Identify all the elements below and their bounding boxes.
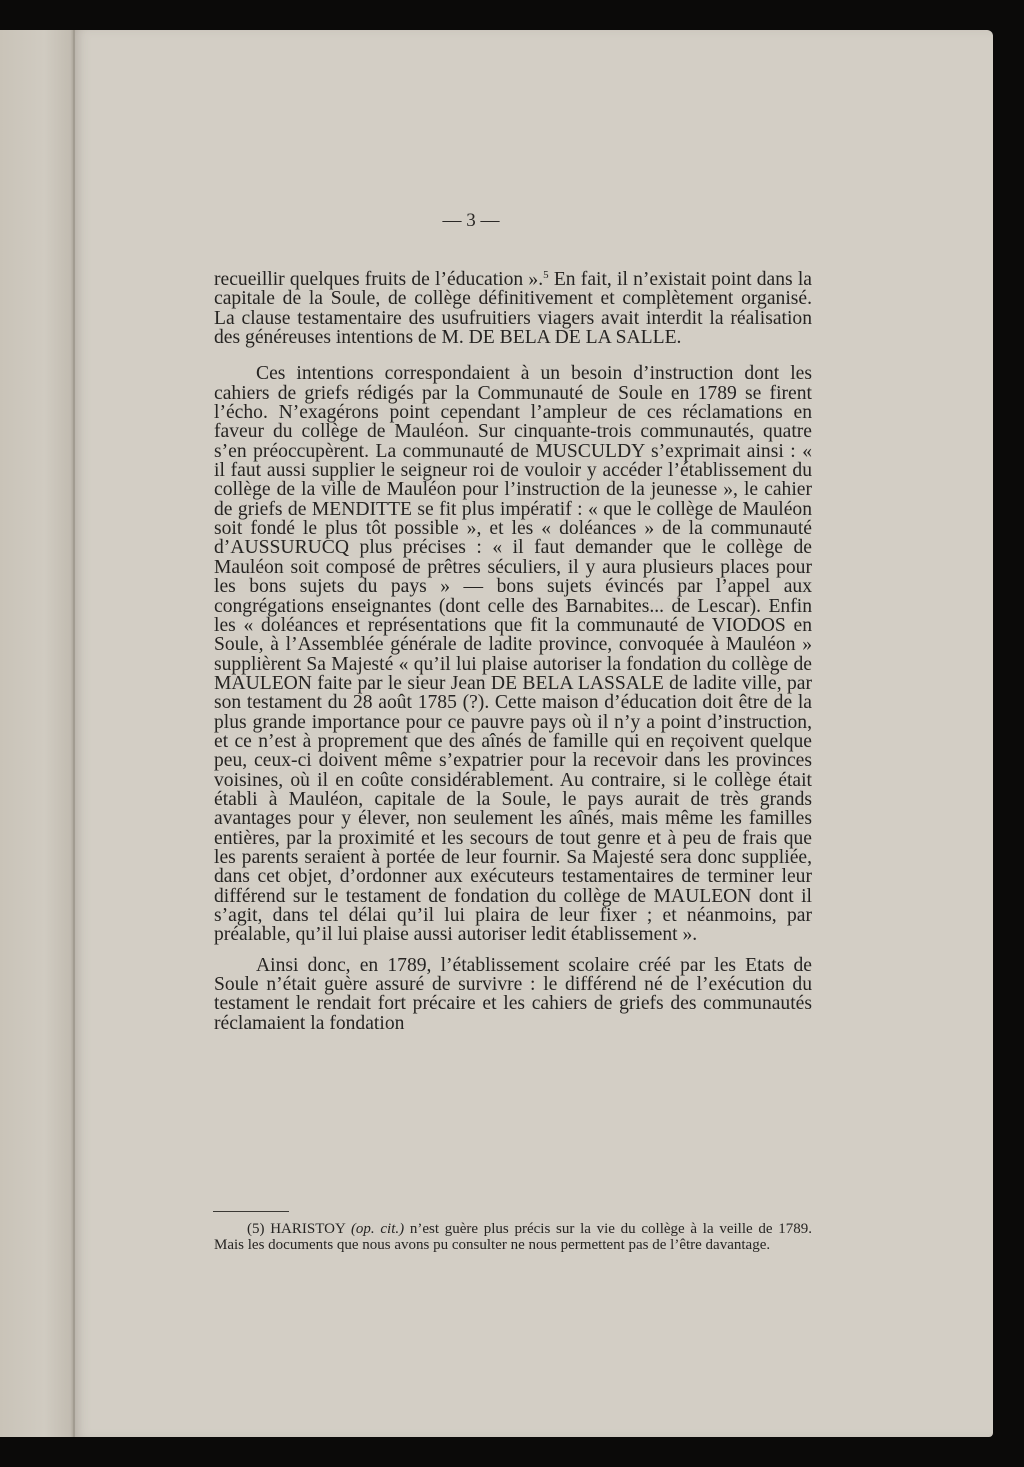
paragraph-2: Ces intentions correspondaient à un beso…: [214, 364, 812, 944]
footnote-citation: (op. cit.): [351, 1221, 404, 1237]
footnote-marker: (5) HARISTOY: [247, 1221, 351, 1237]
body-text: recueillir quelques fruits de l’éducatio…: [214, 270, 812, 1033]
page-number: — 3 —: [12, 210, 930, 232]
facing-page-edge: [0, 30, 74, 1437]
footnote-5: (5) HARISTOY (op. cit.) n’est guère plus…: [214, 1222, 812, 1253]
paragraph-1-start: recueillir quelques fruits de l’éducatio…: [214, 269, 543, 290]
paragraph-3: Ainsi donc, en 1789, l’établissement sco…: [214, 956, 812, 1033]
footnote-separator: [213, 1211, 289, 1212]
document-page: — 3 — recueillir quelques fruits de l’éd…: [75, 30, 993, 1437]
paragraph-1: recueillir quelques fruits de l’éducatio…: [214, 270, 812, 347]
